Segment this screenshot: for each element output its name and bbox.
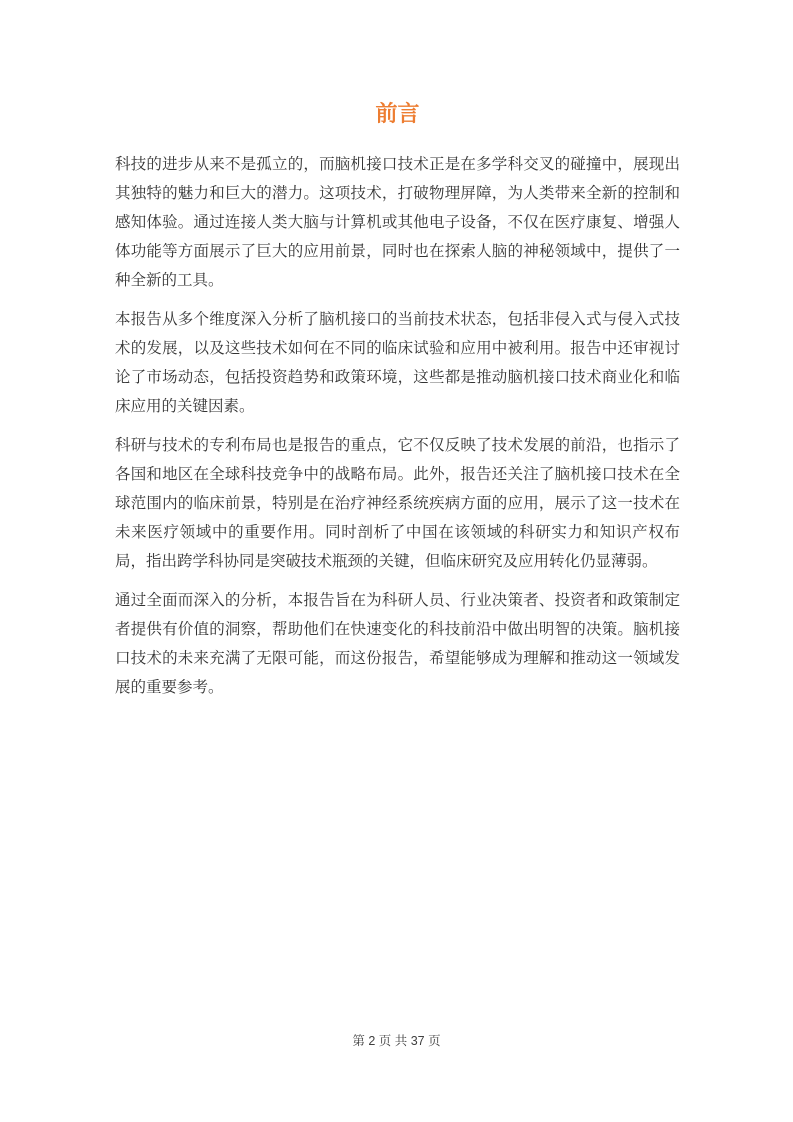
paragraph-3: 科研与技术的专利布局也是报告的重点，它不仅反映了技术发展的前沿，也指示了各国和地… <box>115 431 680 576</box>
paragraph-2: 本报告从多个维度深入分析了脑机接口的当前技术状态，包括非侵入式与侵入式技术的发展… <box>115 305 680 421</box>
document-page: 前言 科技的进步从来不是孤立的，而脑机接口技术正是在多学科交叉的碰撞中，展现出其… <box>0 0 793 1122</box>
page-title: 前言 <box>115 99 680 129</box>
paragraph-4: 通过全面而深入的分析，本报告旨在为科研人员、行业决策者、投资者和政策制定者提供有… <box>115 586 680 702</box>
page-number: 第 2 页 共 37 页 <box>0 1032 793 1050</box>
paragraph-1: 科技的进步从来不是孤立的，而脑机接口技术正是在多学科交叉的碰撞中，展现出其独特的… <box>115 150 680 295</box>
